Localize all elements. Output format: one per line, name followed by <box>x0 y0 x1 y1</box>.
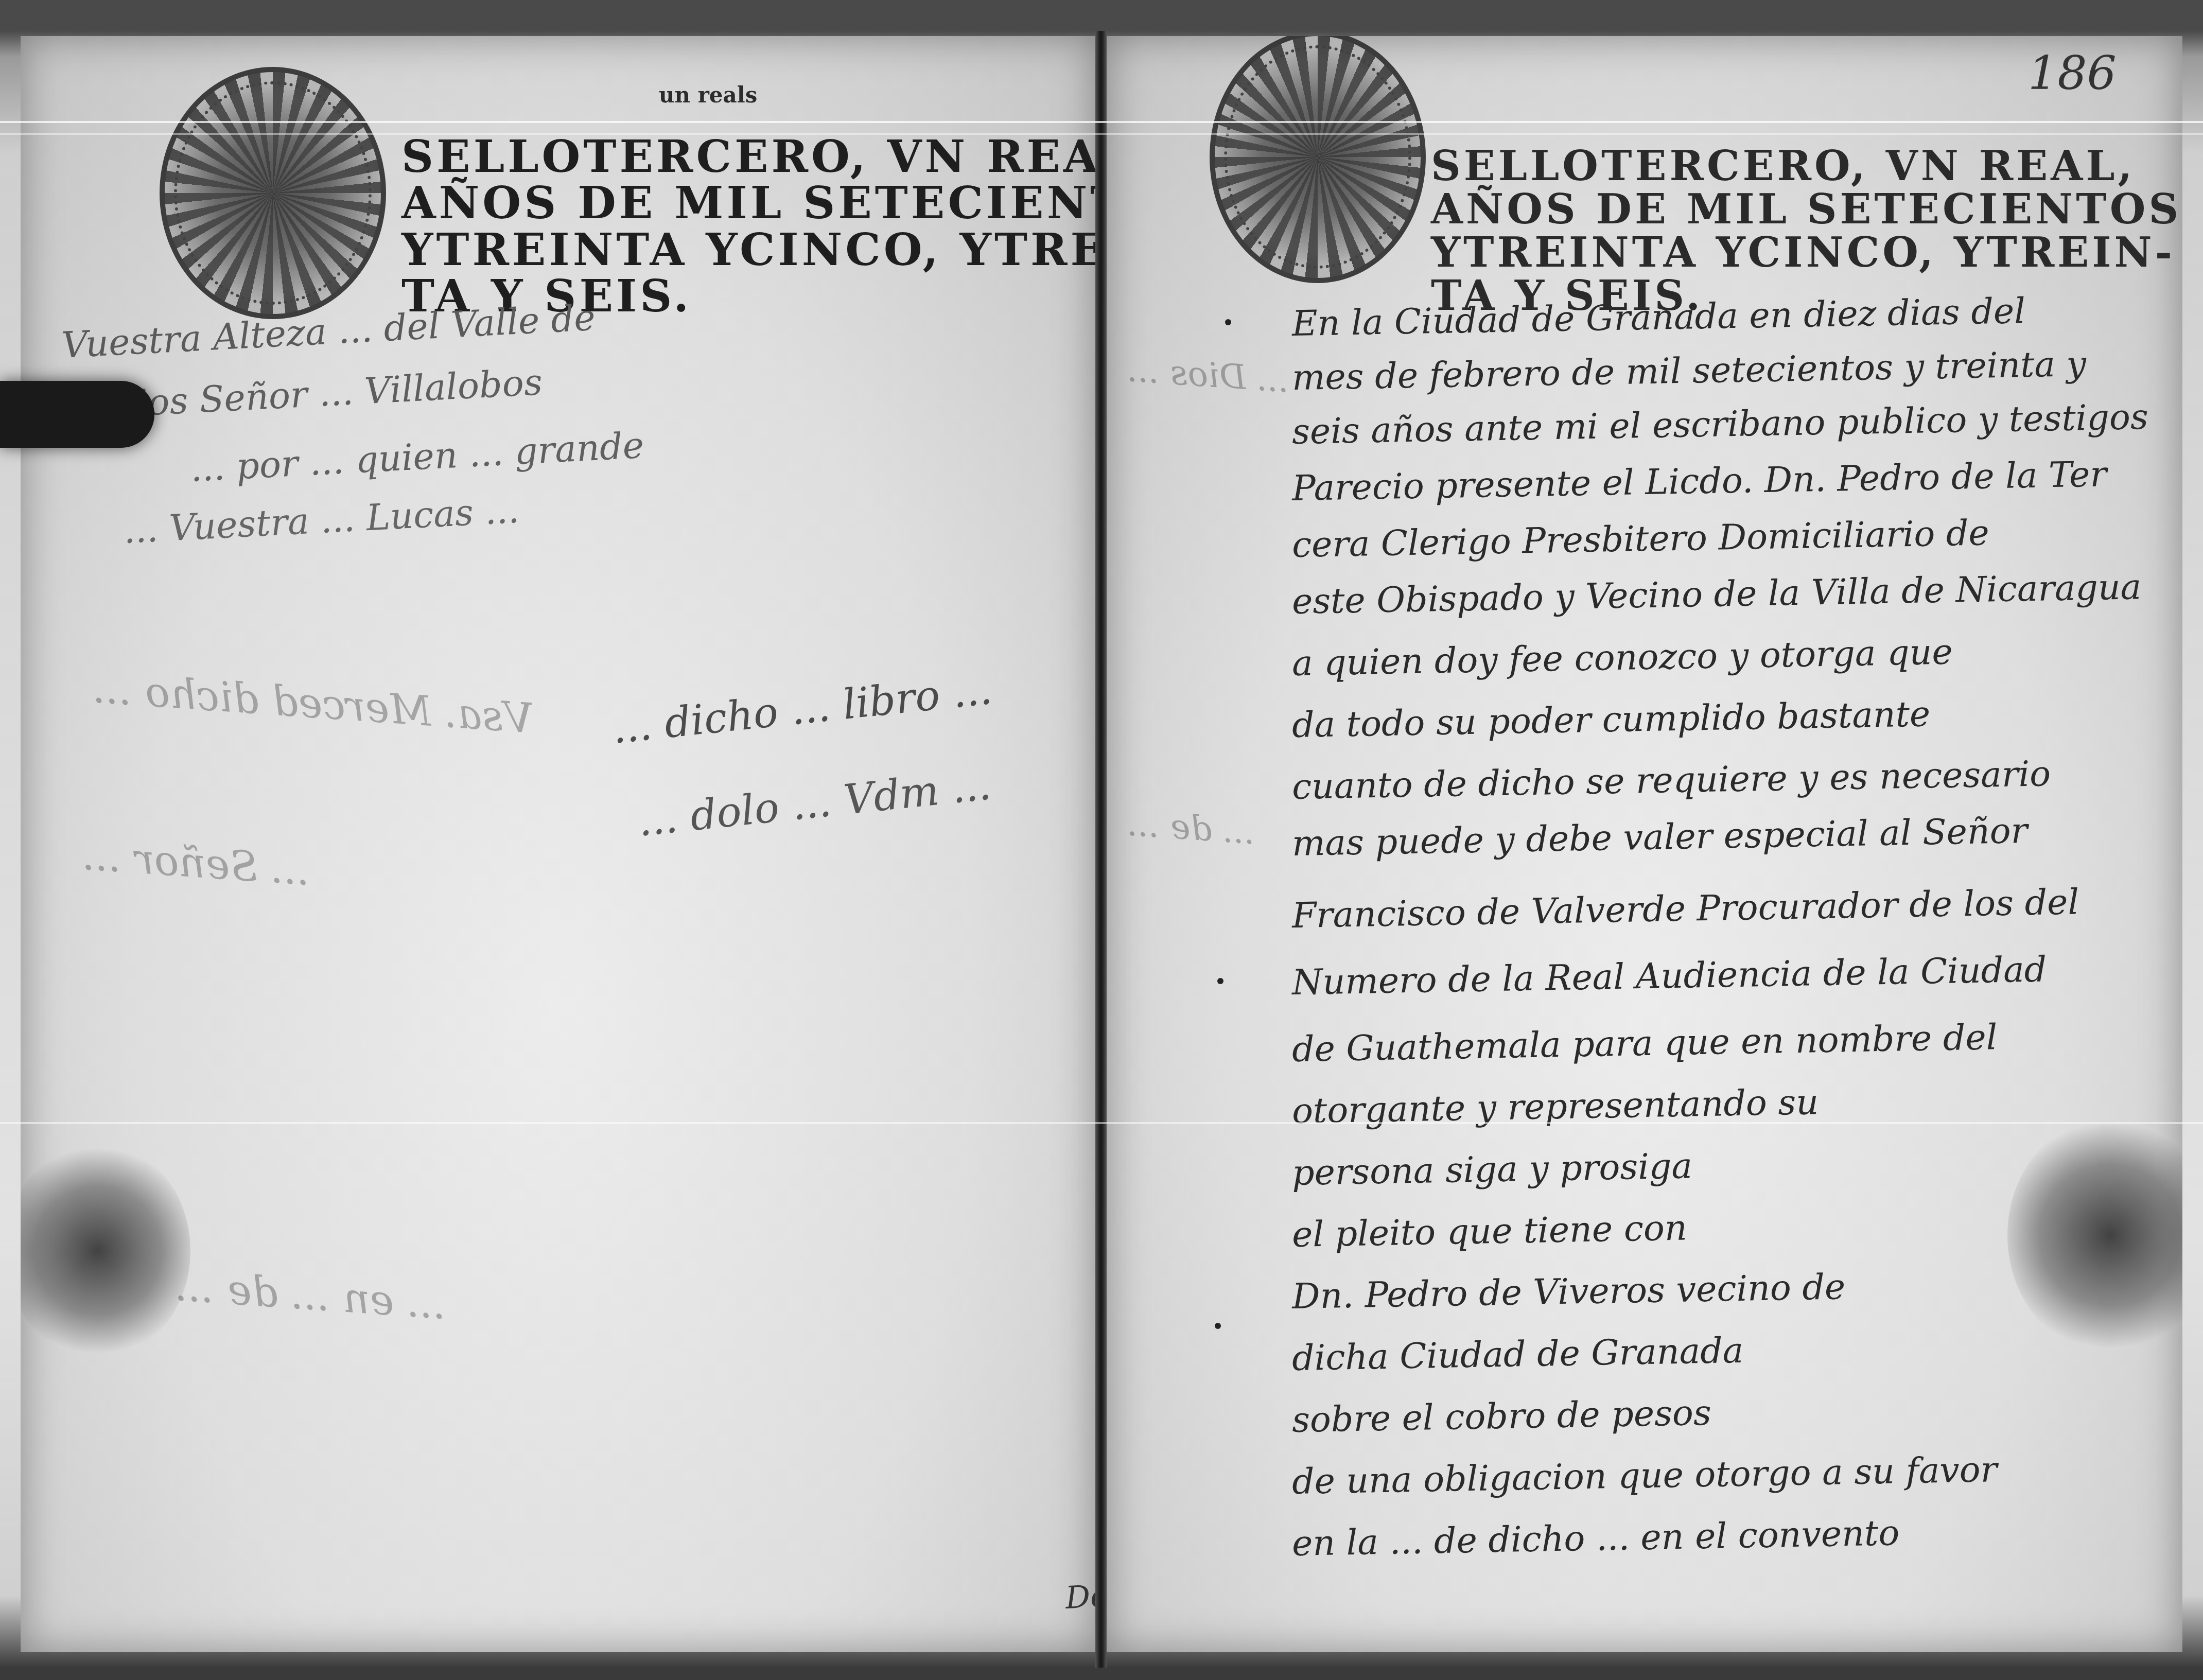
handwriting-line: cera Clerigo Presbitero Domiciliario de <box>1291 513 1989 566</box>
book-spine <box>1095 31 1107 1668</box>
handwriting-line: de Guathemala para que en nombre del <box>1291 1017 1998 1070</box>
header-line: SELLOTERCERO, VN REAL, <box>401 134 1096 180</box>
header-line: YTREINTA YCINCO, YTREIN- <box>1431 231 2181 274</box>
handwriting-line: de una obligacion que otorgo a su favor <box>1291 1449 1998 1502</box>
handwriting-line: Vuestra Alteza ... del Valle de <box>61 296 597 366</box>
handwriting-line: otorgante y representando su <box>1291 1082 1819 1132</box>
handwriting-line: Francisco de Valverde Procurador de los … <box>1291 882 2079 936</box>
bottom-signature: Delaunie <box>1064 1573 1096 1616</box>
handwriting-line: en la ... de dicho ... en el convento <box>1291 1513 1900 1564</box>
handwriting-line: Parecio presente el Licdo. Dn. Pedro de … <box>1291 454 2107 509</box>
printed-stamp-header-right: SELLOTERCERO, VN REAL, AÑOS DE MIL SETEC… <box>1431 144 2181 317</box>
handwriting-line: el pleito que tiene con <box>1291 1208 1687 1255</box>
handwriting-line: persona siga y prosiga <box>1291 1146 1692 1194</box>
header-line: AÑOS DE MIL SETECIENTOS <box>401 180 1096 226</box>
printed-stamp-header-left: SELLOTERCERO, VN REAL, AÑOS DE MIL SETEC… <box>401 134 1096 320</box>
handwriting-line: a quien doy fee conozco y otorga que <box>1291 632 1953 684</box>
handwriting-line: Dn. Pedro de Viveros vecino de <box>1291 1267 1846 1317</box>
handwriting-line: mas puede y debe valer especial al Señor <box>1291 811 2028 864</box>
bleed-through-text: Vsa. Merced dicho ... <box>92 664 535 743</box>
handwriting-line: mes de febrero de mil setecientos y trei… <box>1291 344 2086 398</box>
scan-scratch-line <box>0 1122 2203 1124</box>
bleed-through-text: ... de ... <box>1126 803 1257 852</box>
right-page: 186 SELLOTERCERO, VN REAL, AÑOS DE MIL S… <box>1107 36 2182 1652</box>
handwriting-line: Numero de la Real Audiencia de la Ciudad <box>1291 949 2047 1003</box>
binding-hole <box>1217 978 1223 984</box>
folio-number: 186 <box>2028 46 2117 100</box>
handwriting-line: seis años ante mi el escribano publico y… <box>1291 397 2148 452</box>
handwriting-line: da todo su poder cumplido bastante <box>1291 694 1931 746</box>
binding-hole <box>1215 1323 1221 1329</box>
scan-scratch-line <box>0 121 2203 123</box>
scan-scratch-line <box>0 133 2203 135</box>
ink-stain <box>2007 1117 2182 1354</box>
handwriting-line: En la Ciudad de Granada en diez dias del <box>1291 291 2025 344</box>
bleed-through-text: ... Señor ... <box>81 831 312 895</box>
header-line: YTREINTA YCINCO, YTREIN- <box>401 227 1096 273</box>
handwriting-line: ... Vuestra ... Lucas ... <box>123 489 520 552</box>
ink-stain <box>21 1143 190 1359</box>
denomination-label: un reals <box>659 82 757 108</box>
royal-seal-stamp-right <box>1210 36 1426 283</box>
header-line: SELLOTERCERO, VN REAL, <box>1431 144 2181 187</box>
handwriting-line: ... dolo ... Vdm ... <box>636 761 993 845</box>
handwriting-line: dicha Ciudad de Granada <box>1291 1331 1744 1379</box>
royal-seal-stamp-left <box>160 67 386 319</box>
bleed-through-text: ... Dios ... <box>1126 349 1291 400</box>
bleed-through-text: ... en ... de ... <box>173 1262 448 1329</box>
handwriting-line: ... dicho ... libro ... <box>610 666 994 753</box>
handwriting-line: este Obispado y Vecino de la Villa de Ni… <box>1291 567 2142 622</box>
binding-hole <box>1225 319 1231 325</box>
thumb-shadow <box>0 381 154 448</box>
handwriting-line: ... por ... quien ... grande <box>189 424 645 490</box>
seal-ring <box>1224 45 1411 269</box>
header-line: AÑOS DE MIL SETECIENTOS <box>1431 187 2181 231</box>
handwriting-line: sobre el cobro de pesos <box>1291 1393 1711 1441</box>
handwriting-line: cuanto de dicho se requiere y es necesar… <box>1291 754 2051 808</box>
left-page: un reals SELLOTERCERO, VN REAL, AÑOS DE … <box>21 36 1096 1652</box>
seal-ring <box>174 81 372 305</box>
